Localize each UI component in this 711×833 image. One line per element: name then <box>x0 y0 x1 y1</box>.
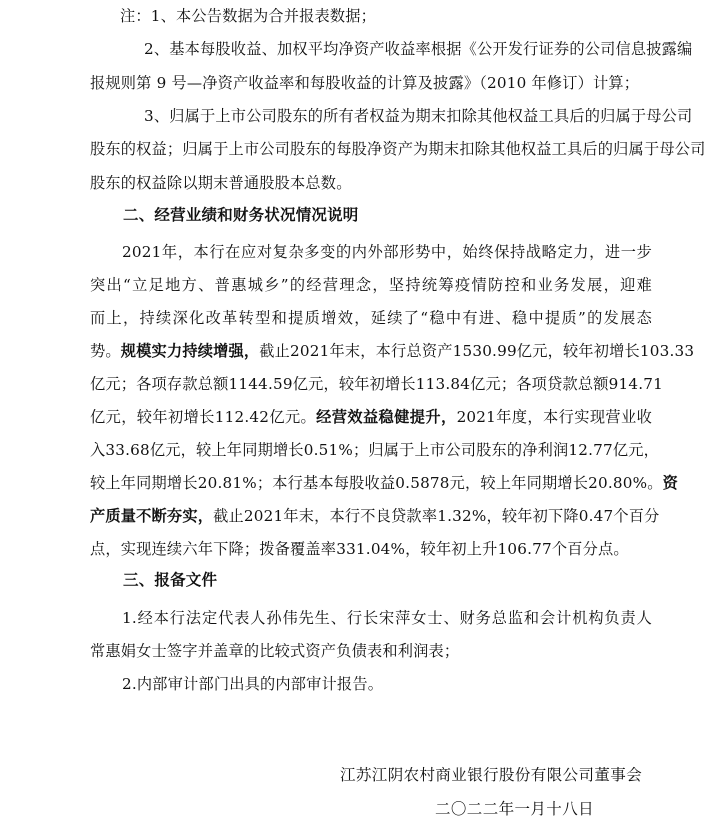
section-2-line-4: 势。规模实力持续增强，截止2021年末，本行总资产1530.99亿元，较年初增长… <box>90 341 652 361</box>
highlight-quality-start: 资 <box>663 474 678 492</box>
section-2-line-3: 而上，持续深化改革转型和提质增效，延续了“稳中有进、稳中提质”的发展态 <box>90 308 652 328</box>
note-2-line-2: 报规则第 9 号—净资产收益率和每股收益的计算及披露》（2010 年修订）计算； <box>90 73 639 93</box>
section-2-line-6: 亿元，较年初增长112.42亿元。经营效益稳健提升，2021年度，本行实现营业收 <box>90 407 652 427</box>
highlight-quality: 产质量不断夯实， <box>90 507 213 525</box>
section-3-line-2: 常惠娟女士签字并盖章的比较式资产负债表和利润表； <box>90 641 459 661</box>
note-1: 注：1、本公告数据为合并报表数据； <box>120 6 376 26</box>
section-2-line-9: 产质量不断夯实，截止2021年末，本行不良贷款率1.32%，较年初下降0.47个… <box>90 506 652 526</box>
section-2-line-5: 亿元；各项存款总额1144.59亿元，较年初增长113.84亿元；各项贷款总额9… <box>90 374 652 394</box>
text: 亿元，较年初增长112.42亿元。 <box>90 408 316 426</box>
text: 截止2021年末，本行不良贷款率1.32%，较年初下降0.47个百分 <box>213 507 659 525</box>
text: 截止2021年末，本行总资产1530.99亿元，较年初增长103.33 <box>259 342 694 360</box>
text: 势。 <box>90 342 121 360</box>
signature-date: 二〇二二年一月十八日 <box>435 797 594 819</box>
section-2-heading: 二、经营业绩和财务状况情况说明 <box>123 205 359 225</box>
note-3-line-3: 股东的权益除以期末普通股股本总数。 <box>90 173 352 193</box>
section-2-line-2: 突出“立足地方、普惠城乡”的经营理念，坚持统筹疫情防控和业务发展，迎难 <box>90 275 652 295</box>
note-3-line-2: 股东的权益；归属于上市公司股东的每股净资产为期末扣除其他权益工具后的归属于母公司 <box>90 139 652 159</box>
note-2-line-1: 2、基本每股收益、加权平均净资产收益率根据《公开发行证券的公司信息披露编 <box>144 39 652 59</box>
highlight-profit: 经营效益稳健提升， <box>316 408 456 426</box>
section-2-line-10: 点，实现连续六年下降；拨备覆盖率331.04%，较年初上升106.77个百分点。 <box>90 539 629 559</box>
section-3-line-3: 2.内部审计部门出具的内部审计报告。 <box>122 674 383 694</box>
section-3-line-1: 1.经本行法定代表人孙伟先生、行长宋萍女士、财务总监和会计机构负责人 <box>122 608 652 628</box>
section-3-heading: 三、报备文件 <box>123 570 217 590</box>
section-2-line-8: 较上年同期增长20.81%；本行基本每股收益0.5878元，较上年同期增长20.… <box>90 473 652 493</box>
signature-organization: 江苏江阴农村商业银行股份有限公司董事会 <box>340 763 642 785</box>
text: 较上年同期增长20.81%；本行基本每股收益0.5878元，较上年同期增长20.… <box>90 474 663 492</box>
section-2-line-7: 入33.68亿元，较上年同期增长0.51%；归属于上市公司股东的净利润12.77… <box>90 440 652 460</box>
section-2-line-1: 2021年，本行在应对复杂多变的内外部形势中，始终保持战略定力，进一步 <box>122 242 652 262</box>
text: 2021年度，本行实现营业收 <box>457 408 652 426</box>
highlight-scale: 规模实力持续增强， <box>121 342 260 360</box>
note-3-line-1: 3、归属于上市公司股东的所有者权益为期末扣除其他权益工具后的归属于母公司 <box>144 106 652 126</box>
